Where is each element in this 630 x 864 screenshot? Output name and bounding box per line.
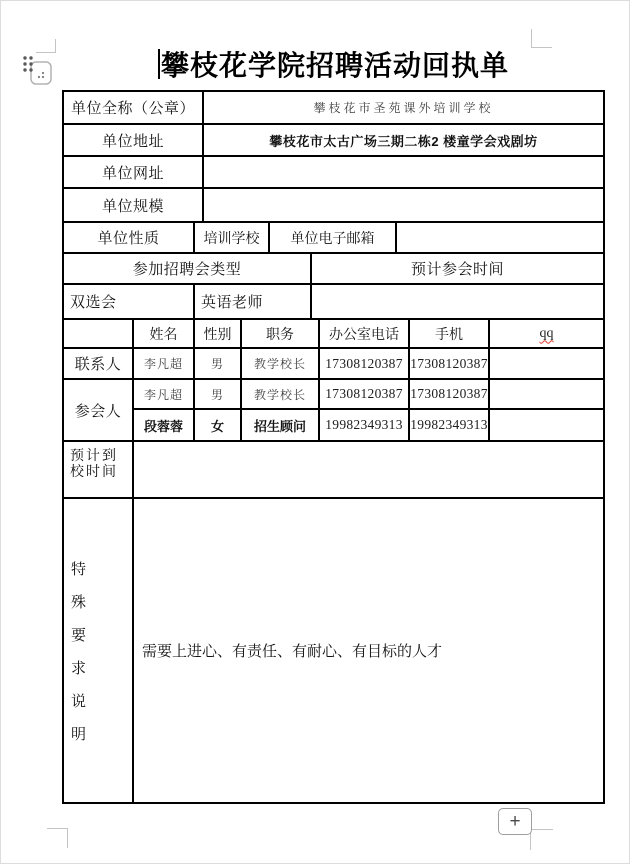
doc-title-text: 攀枝花学院招聘活动回执单 <box>161 50 509 81</box>
plus-icon: + <box>509 812 520 831</box>
contact-header-office-phone: 办公室电话 <box>320 320 410 349</box>
add-page-button[interactable]: + <box>498 808 532 835</box>
attendee-row-1: 李凡超 男 教学校长 17308120387 17308120387 <box>134 380 605 410</box>
contact-name[interactable]: 李凡超 <box>134 349 195 380</box>
contact-qq[interactable] <box>490 349 605 380</box>
attendee2-gender[interactable]: 女 <box>195 410 242 442</box>
unit-name-label: 单位全称（公章） <box>64 92 204 125</box>
arrival-time-label-text: 预计到校时间 <box>70 447 126 479</box>
attendee-label: 参会人 <box>64 380 134 442</box>
margin-mark-top-left-v <box>55 39 56 53</box>
attendee1-mobile[interactable]: 17308120387 <box>410 380 490 410</box>
special-label-char-6: 明 <box>71 717 86 750</box>
row-unit-nature: 单位性质 培训学校 单位电子邮箱 <box>64 223 605 254</box>
row-contact-person: 联系人 李凡超 男 教学校长 17308120387 17308120387 <box>64 349 605 380</box>
fair-type-header: 参加招聘会类型 <box>64 254 312 285</box>
contact-mobile[interactable]: 17308120387 <box>410 349 490 380</box>
contact-office-phone[interactable]: 17308120387 <box>320 349 410 380</box>
attendee2-mobile[interactable]: 19982349313 <box>410 410 490 442</box>
attendee1-gender[interactable]: 男 <box>195 380 242 410</box>
unit-nature-value[interactable]: 培训学校 <box>195 223 270 254</box>
attendee2-qq[interactable] <box>490 410 605 442</box>
special-label-char-5: 说 <box>71 684 86 717</box>
arrival-time-value[interactable] <box>134 442 605 499</box>
contact-header-mobile: 手机 <box>410 320 490 349</box>
unit-name-value[interactable]: 攀枝花市圣苑课外培训学校 <box>204 92 605 125</box>
special-label-char-3: 要 <box>71 618 86 651</box>
reply-form-table: 单位全称（公章） 攀枝花市圣苑课外培训学校 单位地址 攀枝花市太古广场三期二栋2… <box>62 90 605 804</box>
arrival-time-label: 预计到校时间 <box>64 442 134 499</box>
text-cursor <box>158 49 160 79</box>
row-unit-website: 单位网址 <box>64 157 605 189</box>
attendee2-name[interactable]: 段蓉蓉 <box>134 410 195 442</box>
contact-header-qq: qq <box>490 320 605 349</box>
contact-header-title: 职务 <box>242 320 320 349</box>
table-move-handle-icon[interactable] <box>20 52 54 88</box>
unit-email-label: 单位电子邮箱 <box>270 223 397 254</box>
attendee2-title[interactable]: 招生顾问 <box>242 410 320 442</box>
unit-website-label: 单位网址 <box>64 157 204 189</box>
margin-mark-bottom-left-h <box>47 828 68 829</box>
contact-header-gender: 性别 <box>195 320 242 349</box>
unit-scale-label: 单位规模 <box>64 189 204 223</box>
unit-address-value[interactable]: 攀枝花市太古广场三期二栋2 楼童学会戏剧坊 <box>204 125 605 157</box>
attendee1-title[interactable]: 教学校长 <box>242 380 320 410</box>
unit-website-value[interactable] <box>204 157 605 189</box>
unit-nature-label: 单位性质 <box>64 223 195 254</box>
doc-title[interactable]: 攀枝花学院招聘活动回执单 <box>62 44 605 84</box>
special-requirements-value[interactable]: 需要上进心、有责任、有耐心、有目标的人才 <box>134 499 605 804</box>
fair-position-value[interactable]: 英语老师 <box>195 285 312 320</box>
row-attendees: 参会人 李凡超 男 教学校长 17308120387 17308120387 段… <box>64 380 605 442</box>
qq-header-text: qq <box>540 326 554 342</box>
special-requirements-label: 特 殊 要 求 说 明 <box>64 499 134 804</box>
row-fair-header: 参加招聘会类型 预计参会时间 <box>64 254 605 285</box>
margin-mark-bottom-left-v <box>67 828 68 848</box>
unit-scale-value[interactable] <box>204 189 605 223</box>
fair-time-value[interactable] <box>312 285 605 320</box>
contact-gender[interactable]: 男 <box>195 349 242 380</box>
margin-mark-bottom-right-h <box>530 829 553 830</box>
row-unit-name: 单位全称（公章） 攀枝花市圣苑课外培训学校 <box>64 92 605 125</box>
fair-time-header: 预计参会时间 <box>312 254 605 285</box>
attendee-row-2: 段蓉蓉 女 招生顾问 19982349313 19982349313 <box>134 410 605 442</box>
row-fair-values: 双选会 英语老师 <box>64 285 605 320</box>
unit-email-value[interactable] <box>397 223 605 254</box>
contact-header-name: 姓名 <box>134 320 195 349</box>
fair-type-value[interactable]: 双选会 <box>64 285 195 320</box>
attendee1-name[interactable]: 李凡超 <box>134 380 195 410</box>
row-contact-header: 姓名 性别 职务 办公室电话 手机 qq <box>64 320 605 349</box>
special-label-char-4: 求 <box>71 651 86 684</box>
attendee1-office-phone[interactable]: 17308120387 <box>320 380 410 410</box>
special-label-char-1: 特 <box>71 552 86 585</box>
contact-title[interactable]: 教学校长 <box>242 349 320 380</box>
document-page: { "doc": { "title": "攀枝花学院招聘活动回执单", "uni… <box>0 0 630 864</box>
special-label-char-2: 殊 <box>71 585 86 618</box>
contact-person-label: 联系人 <box>64 349 134 380</box>
row-unit-scale: 单位规模 <box>64 189 605 223</box>
row-unit-address: 单位地址 攀枝花市太古广场三期二栋2 楼童学会戏剧坊 <box>64 125 605 157</box>
attendee2-office-phone[interactable]: 19982349313 <box>320 410 410 442</box>
row-special-requirements: 特 殊 要 求 说 明 需要上进心、有责任、有耐心、有目标的人才 <box>64 499 605 804</box>
row-arrival-time: 预计到校时间 <box>64 442 605 499</box>
unit-address-label: 单位地址 <box>64 125 204 157</box>
attendee-rows: 李凡超 男 教学校长 17308120387 17308120387 段蓉蓉 女… <box>134 380 605 442</box>
contact-header-blank <box>64 320 134 349</box>
attendee1-qq[interactable] <box>490 380 605 410</box>
